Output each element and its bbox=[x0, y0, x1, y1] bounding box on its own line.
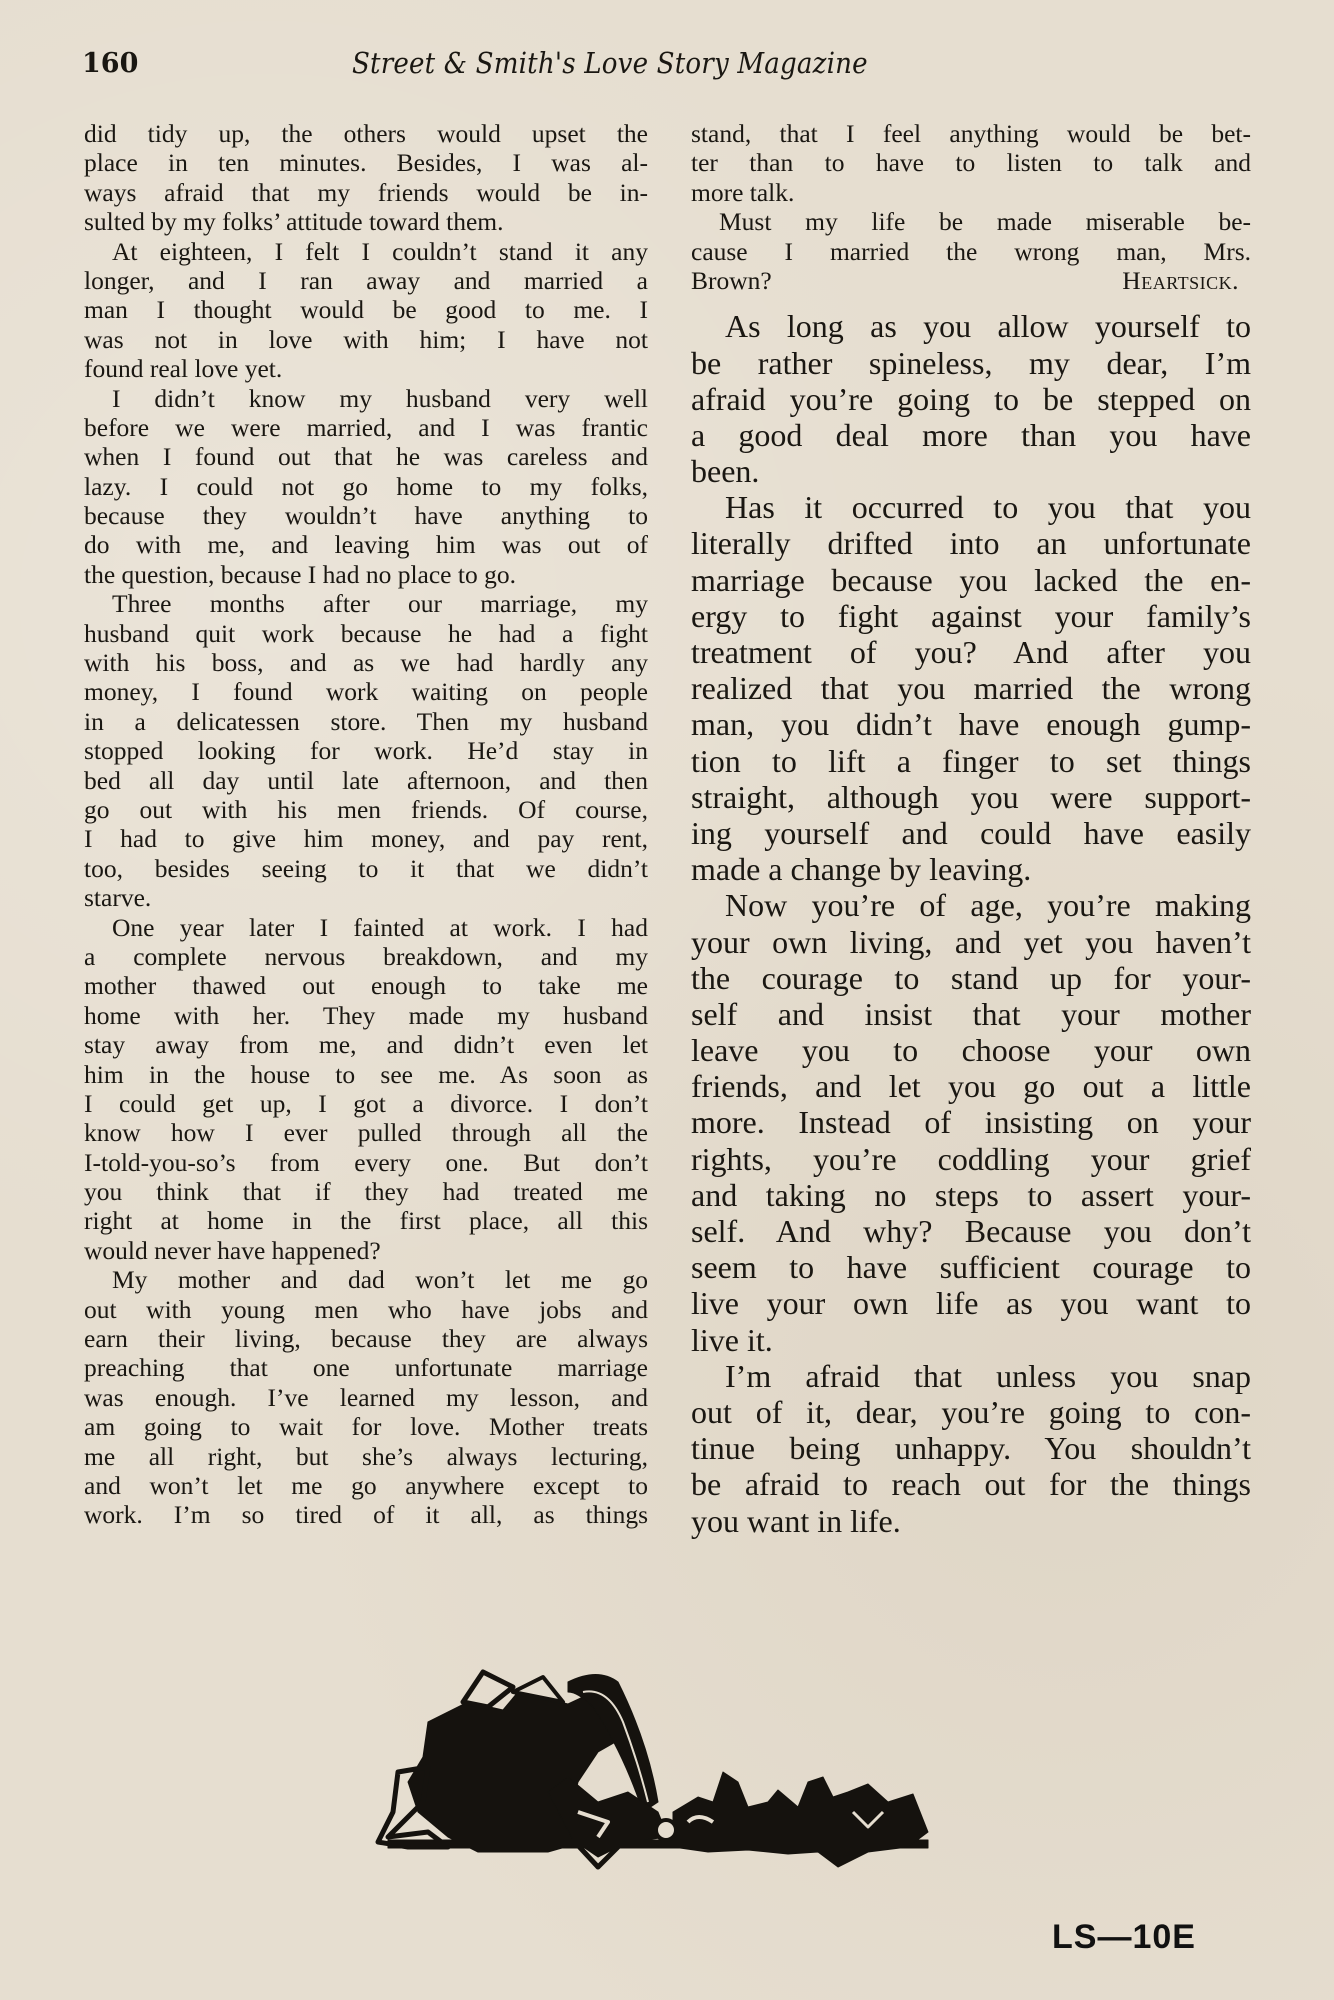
text-line: straight, although you were support- bbox=[691, 779, 1251, 815]
letter-continuation: stand, that I feel anything would be bet… bbox=[691, 119, 1251, 266]
text-line: starve. bbox=[84, 883, 648, 912]
text-line: stand, that I feel anything would be bet… bbox=[691, 119, 1251, 148]
text-line: the courage to stand up for your- bbox=[691, 960, 1251, 996]
text-line: leave you to choose your own bbox=[691, 1032, 1251, 1068]
text-line: been. bbox=[691, 453, 1251, 489]
signature: Heartsick. bbox=[1122, 266, 1251, 295]
text-line: I could get up, I got a divorce. I don’t bbox=[84, 1089, 648, 1118]
text-line: in a delicatessen store. Then my husband bbox=[84, 707, 648, 736]
text-line: My mother and dad won’t let me go bbox=[84, 1265, 648, 1294]
text-line: sulted by my folks’ attitude toward them… bbox=[84, 207, 648, 236]
text-line: when I found out that he was careless an… bbox=[84, 442, 648, 471]
text-line: know how I ever pulled through all the bbox=[84, 1118, 648, 1147]
text-line: friends, and let you go out a little bbox=[691, 1068, 1251, 1104]
text-line: stopped looking for work. He’d stay in bbox=[84, 736, 648, 765]
text-line: husband quit work because he had a fight bbox=[84, 619, 648, 648]
footer-code: LS—10E bbox=[1052, 1918, 1196, 1957]
text-line: I had to give him money, and pay rent, bbox=[84, 824, 648, 853]
text-line: mother thawed out enough to take me bbox=[84, 971, 648, 1000]
text-line: self and insist that your mother bbox=[691, 996, 1251, 1032]
text-line: seem to have sufficient courage to bbox=[691, 1249, 1251, 1285]
text-line: rights, you’re coddling your grief bbox=[691, 1141, 1251, 1177]
text-line: I-told-you-so’s from every one. But don’… bbox=[84, 1148, 648, 1177]
text-line: be afraid to reach out for the things bbox=[691, 1466, 1251, 1502]
text-line: more talk. bbox=[691, 178, 1251, 207]
text-line: be rather spineless, my dear, I’m bbox=[691, 345, 1251, 381]
running-title: Street & Smith's Love Story Magazine bbox=[352, 46, 868, 80]
text-line: and won’t let me go anywhere except to bbox=[84, 1471, 648, 1500]
text-line: live your own life as you want to bbox=[691, 1285, 1251, 1321]
text-line: too, besides seeing to it that we didn’t bbox=[84, 854, 648, 883]
text-line: self. And why? Because you don’t bbox=[691, 1213, 1251, 1249]
text-line: ways afraid that my friends would be in- bbox=[84, 178, 648, 207]
text-line: right at home in the first place, all th… bbox=[84, 1206, 648, 1235]
text-line: home with her. They made my husband bbox=[84, 1001, 648, 1030]
text-line: did tidy up, the others would upset the bbox=[84, 119, 648, 148]
text-line: you want in life. bbox=[691, 1503, 1251, 1539]
text-line: more. Instead of insisting on your bbox=[691, 1104, 1251, 1140]
text-line: lazy. I could not go home to my folks, bbox=[84, 472, 648, 501]
text-line: I didn’t know my husband very well bbox=[84, 384, 648, 413]
letter-signature-line: Brown? Heartsick. bbox=[691, 266, 1251, 295]
text-line: your own living, and yet you haven’t bbox=[691, 924, 1251, 960]
vignette-illustration-icon bbox=[368, 1662, 968, 1877]
right-column: stand, that I feel anything would be bet… bbox=[691, 119, 1251, 1539]
text-line: with his boss, and as we had hardly any bbox=[84, 648, 648, 677]
text-line: was enough. I’ve learned my lesson, and bbox=[84, 1383, 648, 1412]
text-line: work. I’m so tired of it all, as things bbox=[84, 1500, 648, 1529]
text-line: do with me, and leaving him was out of bbox=[84, 530, 648, 559]
text-line: realized that you married the wrong bbox=[691, 670, 1251, 706]
text-line: the question, because I had no place to … bbox=[84, 560, 648, 589]
text-line: am going to wait for love. Mother treats bbox=[84, 1412, 648, 1441]
text-line: live it. bbox=[691, 1322, 1251, 1358]
text-line: As long as you allow yourself to bbox=[691, 308, 1251, 344]
text-line: At eighteen, I felt I couldn’t stand it … bbox=[84, 237, 648, 266]
text-line: preaching that one unfortunate marriage bbox=[84, 1353, 648, 1382]
text-line: was not in love with him; I have not bbox=[84, 325, 648, 354]
page-number: 160 bbox=[82, 48, 138, 79]
text-line: Three months after our marriage, my bbox=[84, 589, 648, 618]
text-line: ter than to have to listen to talk and bbox=[691, 148, 1251, 177]
text-line: would never have happened? bbox=[84, 1236, 648, 1265]
text-line: tinue being unhappy. You shouldn’t bbox=[691, 1430, 1251, 1466]
text-line: tion to lift a finger to set things bbox=[691, 743, 1251, 779]
text-line: a good deal more than you have bbox=[691, 417, 1251, 453]
text-line: literally drifted into an unfortunate bbox=[691, 525, 1251, 561]
text-line: treatment of you? And after you bbox=[691, 634, 1251, 670]
page-header: 160 Street & Smith's Love Story Magazine bbox=[82, 48, 1252, 88]
closing-text: Brown? bbox=[691, 266, 772, 295]
text-line: a complete nervous breakdown, and my bbox=[84, 942, 648, 971]
text-line: afraid you’re going to be stepped on bbox=[691, 381, 1251, 417]
closing-line: Brown? Heartsick. bbox=[691, 266, 1251, 295]
text-line: man, you didn’t have enough gump- bbox=[691, 706, 1251, 742]
text-line: me all right, but she’s always lecturing… bbox=[84, 1442, 648, 1471]
text-line: you think that if they had treated me bbox=[84, 1177, 648, 1206]
text-line: I’m afraid that unless you snap bbox=[691, 1358, 1251, 1394]
text-line: ergy to fight against your family’s bbox=[691, 598, 1251, 634]
text-line: Has it occurred to you that you bbox=[691, 489, 1251, 525]
text-line: earn their living, because they are alwa… bbox=[84, 1324, 648, 1353]
text-line: marriage because you lacked the en- bbox=[691, 562, 1251, 598]
text-line: money, I found work waiting on people bbox=[84, 677, 648, 706]
text-line: bed all day until late afternoon, and th… bbox=[84, 766, 648, 795]
text-line: before we were married, and I was franti… bbox=[84, 413, 648, 442]
text-line: Now you’re of age, you’re making bbox=[691, 887, 1251, 923]
text-line: One year later I fainted at work. I had bbox=[84, 913, 648, 942]
text-line: ing yourself and could have easily bbox=[691, 815, 1251, 851]
text-line: out of it, dear, you’re going to con- bbox=[691, 1394, 1251, 1430]
text-line: cause I married the wrong man, Mrs. bbox=[691, 237, 1251, 266]
text-line: longer, and I ran away and married a bbox=[84, 266, 648, 295]
magazine-page: 160 Street & Smith's Love Story Magazine… bbox=[0, 0, 1334, 2000]
text-line: go out with his men friends. Of course, bbox=[84, 795, 648, 824]
text-line: him in the house to see me. As soon as bbox=[84, 1060, 648, 1089]
text-line: Must my life be made miserable be- bbox=[691, 207, 1251, 236]
text-line: man I thought would be good to me. I bbox=[84, 295, 648, 324]
text-line: place in ten minutes. Besides, I was al- bbox=[84, 148, 648, 177]
answer-text: As long as you allow yourself tobe rathe… bbox=[691, 308, 1251, 1538]
text-line: stay away from me, and didn’t even let bbox=[84, 1030, 648, 1059]
text-line: out with young men who have jobs and bbox=[84, 1295, 648, 1324]
text-line: and taking no steps to assert your- bbox=[691, 1177, 1251, 1213]
text-line: found real love yet. bbox=[84, 354, 648, 383]
letter-column-left: did tidy up, the others would upset thep… bbox=[84, 119, 648, 1530]
text-line: made a change by leaving. bbox=[691, 851, 1251, 887]
text-line: because they wouldn’t have anything to bbox=[84, 501, 648, 530]
